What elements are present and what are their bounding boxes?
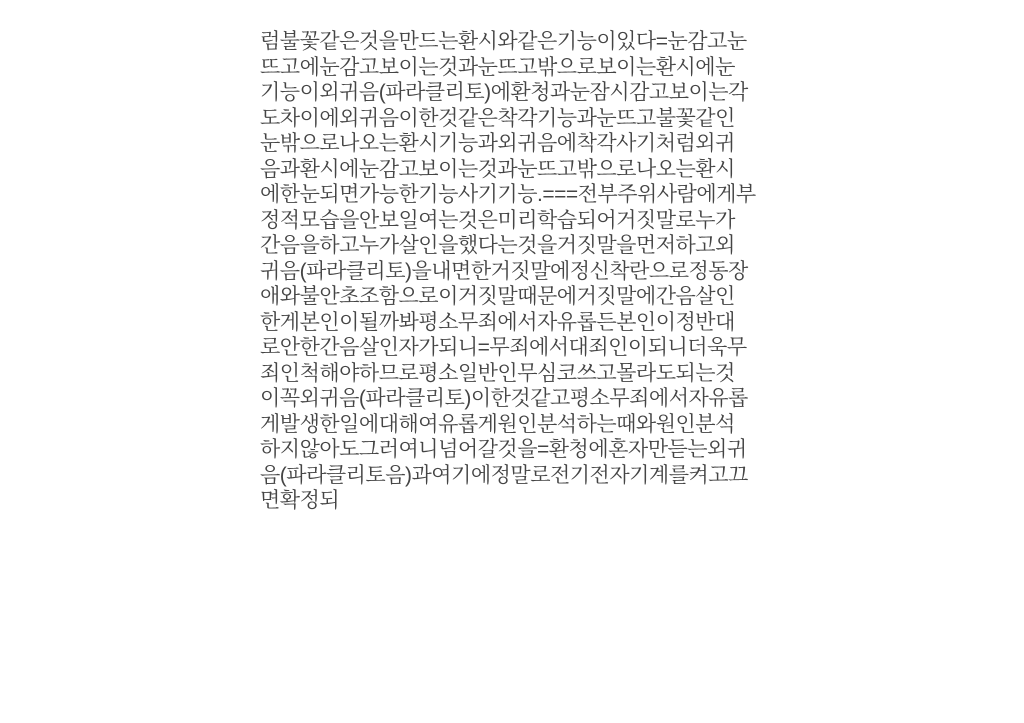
text-line: 한게본인이될까봐평소무죄에서자유롭든본인이정반대 <box>260 310 764 336</box>
text-line: 하지않아도그러여니넘어갈것을=환청에혼자만듣는외귀 <box>260 437 764 463</box>
text-block: 럼불꽃같은것을만드는환시와같은기능이있다=눈감고눈 뜨고에눈감고보이는것과눈뜨고… <box>260 29 764 514</box>
text-line: 애와불안초조함으로이거짓말때문에거짓말에간음살인 <box>260 284 764 310</box>
text-line: 럼불꽃같은것을만드는환시와같은기능이있다=눈감고눈 <box>260 29 764 55</box>
text-line: 로안한간음살인자가되니=무죄에서대죄인이되니더욱무 <box>260 335 764 361</box>
text-line: 죄인척해야하므로평소일반인무심코쓰고몰라도되는것 <box>260 361 764 387</box>
text-line: 눈밖으로나오는환시기능과외귀음에착각사기처럼외귀 <box>260 131 764 157</box>
text-line: 이꼭외귀음(파라클리토)이한것같고평소무죄에서자유롭 <box>260 386 764 412</box>
text-line: 정적모습을안보일여는것은미리학습되어거짓말로누가 <box>260 208 764 234</box>
page: 럼불꽃같은것을만드는환시와같은기능이있다=눈감고눈 뜨고에눈감고보이는것과눈뜨고… <box>0 0 1024 723</box>
text-line: 귀음(파라클리토)을내면한거짓말에정신착란으로정동장 <box>260 259 764 285</box>
text-line: 간음을하고누가살인을했다는것을거짓말을먼저하고외 <box>260 233 764 259</box>
text-line: 음(파라클리토음)과여기에정말로전기전자기계를켜고끄 <box>260 463 764 489</box>
text-line: 뜨고에눈감고보이는것과눈뜨고밖으로보이는환시에눈 <box>260 55 764 81</box>
text-line: 게발생한일에대해여유롭게원인분석하는때와원인분석 <box>260 412 764 438</box>
text-line: 도차이에외귀음이한것같은착각기능과눈뜨고불꽃같인 <box>260 106 764 132</box>
text-line: 기능이외귀음(파라클리토)에환청과눈잠시감고보이는각 <box>260 80 764 106</box>
text-line: 면확정되 <box>260 488 764 514</box>
text-line: 음과환시에눈감고보이는것과눈뜨고밖으로나오는환시 <box>260 157 764 183</box>
text-line: 에한눈되면가능한기능사기기능.===전부주위사람에게부 <box>260 182 764 208</box>
